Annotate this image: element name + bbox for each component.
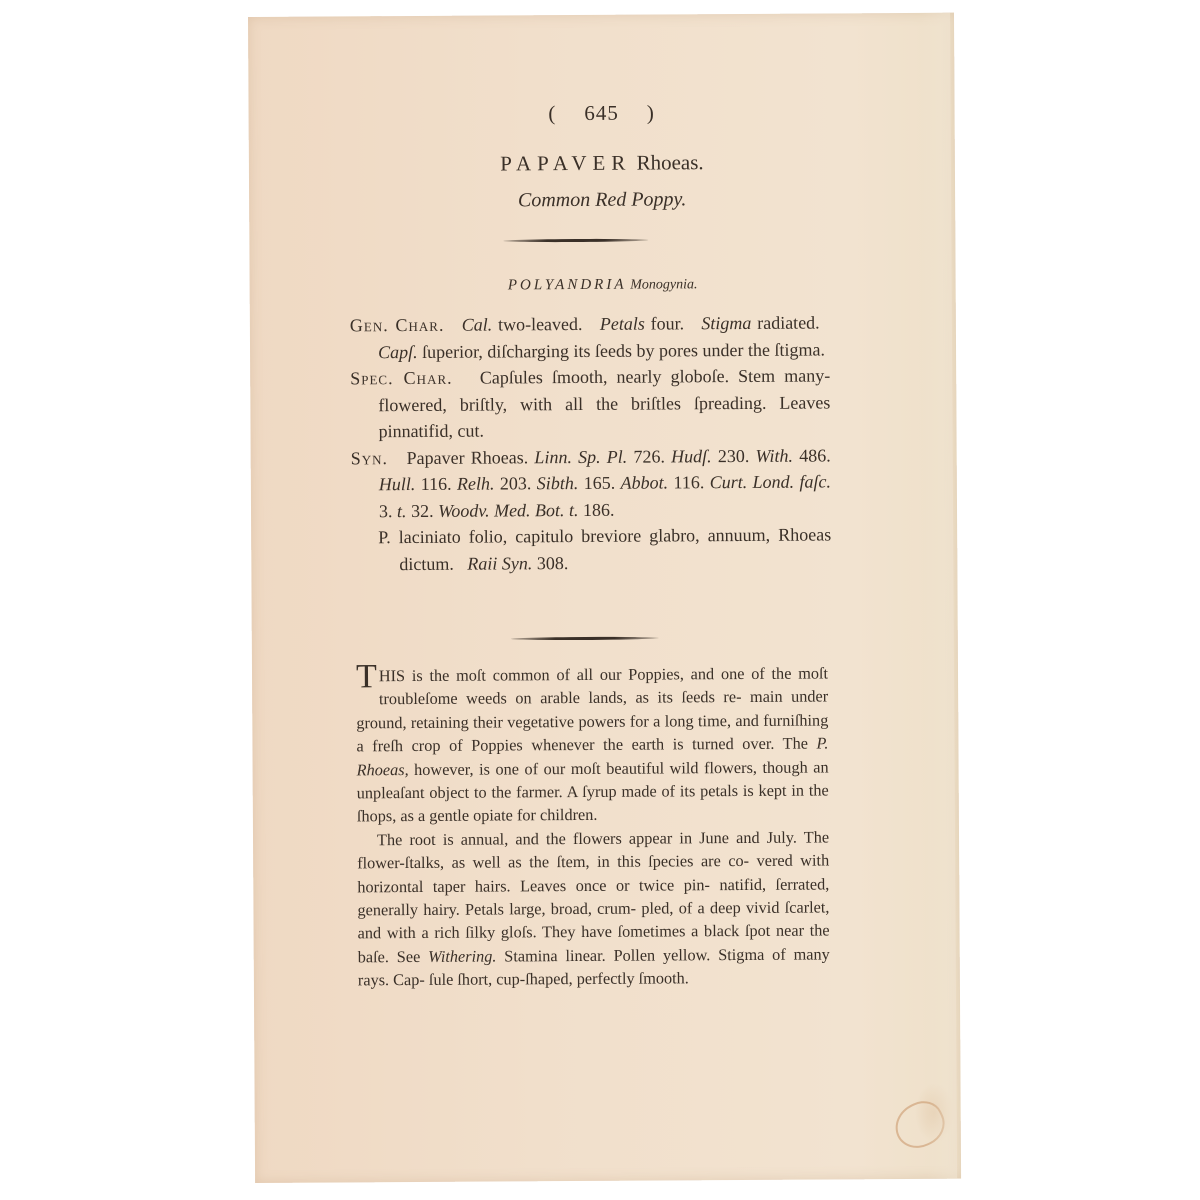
syn-label: Syn. bbox=[351, 448, 388, 468]
page-title: PAPAVER Rhoeas. bbox=[249, 149, 955, 178]
divider-rule-2 bbox=[511, 637, 659, 641]
water-stain-ring bbox=[888, 1094, 952, 1155]
divider-rule bbox=[503, 239, 648, 243]
book-page: (645) PAPAVER Rhoeas. Common Red Poppy. … bbox=[248, 13, 961, 1183]
species-name: Rhoeas. bbox=[636, 150, 703, 174]
page-number: (645) bbox=[249, 99, 955, 128]
description-text: T HIS is the moſt common of all our Popp… bbox=[356, 661, 830, 992]
drop-cap: T bbox=[356, 666, 377, 688]
linnaean-classification: POLYANDRIA Monogynia. bbox=[250, 275, 956, 296]
gen-char-cal: Cal. bbox=[462, 315, 493, 335]
ray-synonym: P. laciniato folio, capitulo breviore gl… bbox=[351, 521, 831, 577]
spec-char-label: Spec. Char. bbox=[350, 368, 453, 389]
syn-plain: Papaver Rhoeas. bbox=[406, 447, 528, 468]
page-number-value: 645 bbox=[584, 101, 619, 125]
botanical-characters: Gen. Char. Cal. two-leaved. Petals four.… bbox=[350, 309, 832, 577]
genus-name: PAPAVER bbox=[500, 151, 631, 176]
paragraph-1: T HIS is the moſt common of all our Popp… bbox=[356, 661, 829, 828]
paragraph-2: The root is annual, and the flowers appe… bbox=[357, 825, 830, 992]
specific-character: Spec. Char. Capſules ſmooth, nearly glob… bbox=[350, 362, 830, 444]
order-name: Monogynia. bbox=[630, 277, 697, 292]
synonyms: Syn. Papaver Rhoeas. Linn. Sp. Pl. 726. … bbox=[351, 442, 831, 524]
class-name: POLYANDRIA bbox=[508, 277, 627, 294]
generic-character: Gen. Char. Cal. two-leaved. Petals four.… bbox=[350, 309, 830, 365]
gen-char-label: Gen. Char. bbox=[350, 315, 445, 336]
common-name: Common Red Poppy. bbox=[249, 187, 955, 214]
